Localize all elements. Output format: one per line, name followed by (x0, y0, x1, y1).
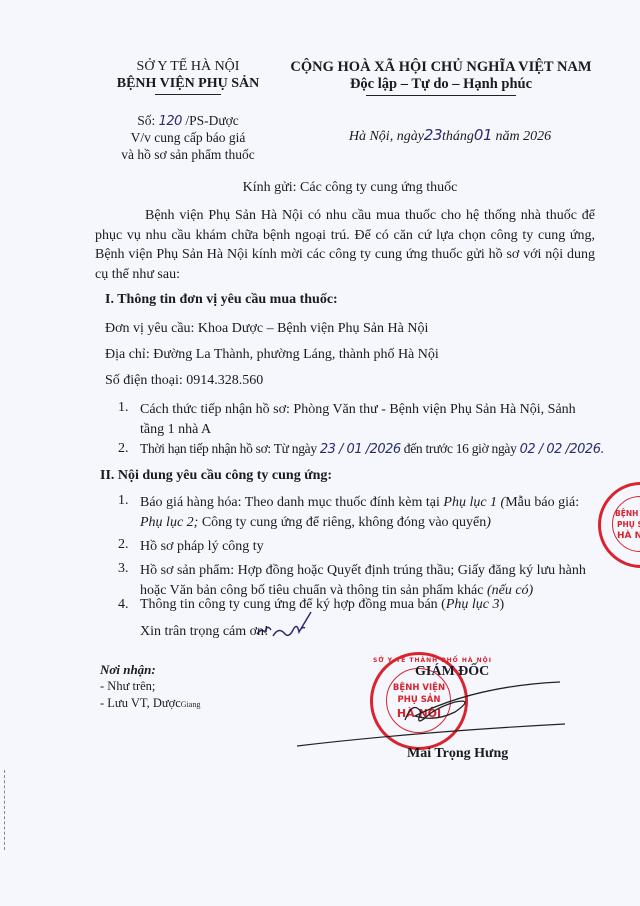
recipient-line: Kính gửi: Các công ty cung ứng thuốc (90, 180, 610, 196)
list-item: Hồ sơ pháp lý công ty (140, 537, 600, 557)
item-text-italic: Phụ lục 1 ( (443, 495, 505, 510)
parent-organization: SỞ Y TẾ HÀ NỘI (88, 59, 288, 75)
list-item: Thông tin công ty cung ứng để ký hợp đồn… (140, 597, 504, 613)
place-date: Hà Nội, ngày23tháng01 năm 2026 (300, 126, 600, 145)
day-handwritten: 23 (424, 126, 442, 144)
nation-title: CỘNG HOÀ XÃ HỘI CHỦ NGHĨA VIỆT NAM (282, 59, 600, 76)
month-handwritten: 01 (474, 126, 492, 144)
item-text-italic: Phụ lục 3 (446, 597, 500, 612)
org-underline (155, 94, 221, 95)
stamp-text: BỆNH VIỆN (615, 509, 640, 518)
author-initials: Giang (181, 700, 201, 709)
scan-edge-artifact (4, 770, 7, 850)
list-item: Báo giá hàng hóa: Theo danh mục thuốc đí… (140, 493, 580, 533)
item-text: Công ty cung ứng để riêng, không đóng và… (198, 515, 486, 530)
item-text: ) (500, 597, 505, 612)
requesting-unit: Đơn vị yêu cầu: Khoa Dược – Bệnh viện Ph… (105, 321, 428, 337)
list-item-number: 4. (118, 597, 129, 613)
subject-line-2: và hồ sơ sản phẩm thuốc (88, 147, 288, 163)
national-motto: Độc lập – Tự do – Hạnh phúc (282, 76, 600, 93)
address: Địa chỉ: Đường La Thành, phường Láng, th… (105, 347, 439, 363)
recipients-title: Nơi nhận: (100, 662, 156, 678)
list-item-number: 2. (118, 441, 129, 457)
recipients-text: - Lưu VT, Dược (100, 696, 181, 710)
intro-paragraph: Bệnh viện Phụ Sản Hà Nội có nhu cầu mua … (95, 206, 595, 284)
list-item: Hồ sơ sản phẩm: Hợp đồng hoặc Quyết định… (140, 561, 590, 601)
doc-number-suffix: /PS-Dược (185, 113, 238, 128)
month-label: tháng (442, 129, 474, 144)
recipients-line: - Lưu VT, DượcGiang (100, 696, 200, 711)
list-item-number: 1. (118, 400, 129, 416)
recipients-line: - Như trên; (100, 679, 155, 694)
doc-number-handwritten: 120 (159, 114, 182, 129)
section-1-title: I. Thông tin đơn vị yêu cầu mua thuốc: (105, 292, 338, 308)
subject-line-1: V/v cung cấp báo giá (88, 130, 288, 146)
item-text: Báo giá hàng hóa: Theo danh mục thuốc đí… (140, 495, 443, 510)
list-item-number: 1. (118, 493, 129, 509)
document-number: Số: 120 /PS-Dược (88, 113, 288, 129)
motto-underline (366, 95, 516, 96)
list-item: Cách thức tiếp nhận hồ sơ: Phòng Văn thư… (140, 400, 600, 440)
director-signature-icon (295, 680, 565, 750)
list-item-number: 2. (118, 537, 129, 553)
deadline-mid: đến trước 16 giờ ngày (404, 441, 517, 456)
stamp-text: HÀ NỘI (617, 531, 640, 541)
partial-stamp-icon: BỆNH VIỆN PHỤ SẢN HÀ NỘI (598, 482, 640, 568)
list-item-number: 3. (118, 561, 129, 577)
year-text: năm 2026 (496, 129, 552, 144)
phone-number: Số điện thoại: 0914.328.560 (105, 373, 263, 389)
section-2-title: II. Nội dung yêu cầu công ty cung ứng: (100, 468, 332, 484)
from-date: 23 / 01 /2026 (320, 442, 401, 457)
place-prefix: Hà Nội, ngày (349, 129, 424, 144)
doc-number-label: Số: (137, 113, 155, 128)
list-item: Thời hạn tiếp nhận hồ sơ: Từ ngày 23 / 0… (140, 441, 604, 457)
stamp-text: PHỤ SẢN (617, 520, 640, 529)
item-text: Mẫu báo giá: (505, 495, 579, 510)
signatory-name: Mai Trọng Hưng (407, 746, 508, 762)
signatory-role: GIÁM ĐỐC (415, 664, 489, 680)
stamp-outer-text: SỞ Y TẾ THÀNH PHỐ HÀ NỘI (373, 657, 465, 664)
item-text-italic: ) (486, 515, 491, 530)
item-text-italic: (nếu có) (487, 583, 533, 598)
document-page: SỞ Y TẾ HÀ NỘI BỆNH VIỆN PHỤ SẢN Số: 120… (0, 0, 640, 906)
deadline-label: Thời hạn tiếp nhận hồ sơ: Từ ngày (140, 441, 317, 456)
closing-text: Xin trân trọng cám ơn! (140, 624, 269, 640)
item-text-italic: Phụ lục 2; (140, 515, 198, 530)
to-date: 02 / 02 /2026. (520, 442, 604, 457)
organization-name: BỆNH VIỆN PHỤ SẢN (88, 76, 288, 92)
